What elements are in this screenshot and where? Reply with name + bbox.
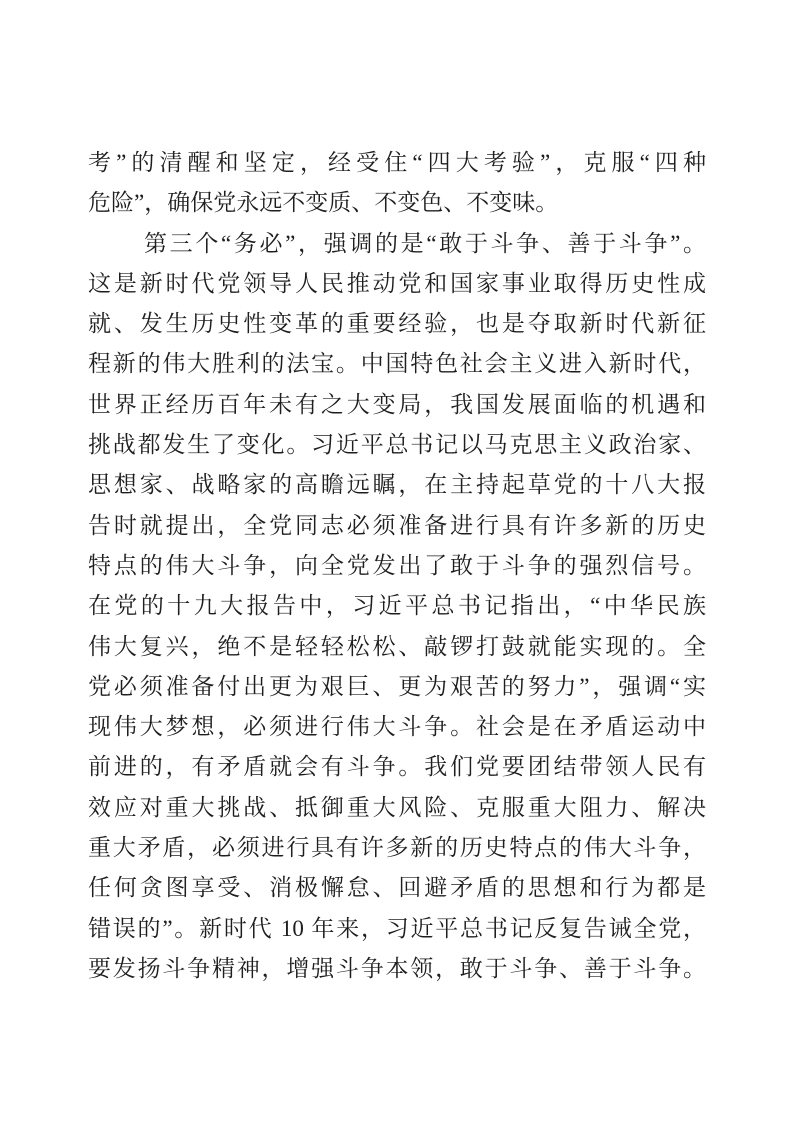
document-line: 程新的伟大胜利的法宝。中国特色社会主义进入新时代， bbox=[88, 344, 706, 384]
document-line: 要发扬斗争精神，增强斗争本领，敢于斗争、善于斗争。 bbox=[88, 949, 706, 989]
document-line: 就、发生历史性变革的重要经验，也是夺取新时代新征 bbox=[88, 304, 706, 344]
document-line: 危险”，确保党永远不变质、不变色、不变味。 bbox=[88, 183, 706, 223]
document-line: 告时就提出，全党同志必须准备进行具有许多新的历史 bbox=[88, 506, 706, 546]
document-line: 特点的伟大斗争，向全党发出了敢于斗争的强烈信号。 bbox=[88, 546, 706, 586]
document-line: 世界正经历百年未有之大变局，我国发展面临的机遇和 bbox=[88, 385, 706, 425]
document-line: 第三个“务必”，强调的是“敢于斗争、善于斗争”。 bbox=[88, 224, 706, 264]
document-line: 伟大复兴，绝不是轻轻松松、敲锣打鼓就能实现的。全 bbox=[88, 627, 706, 667]
document-line: 效应对重大挑战、抵御重大风险、克服重大阻力、解决 bbox=[88, 788, 706, 828]
document-line: 错误的”。新时代 10 年来，习近平总书记反复告诫全党， bbox=[88, 909, 706, 949]
document-line: 思想家、战略家的高瞻远瞩，在主持起草党的十八大报 bbox=[88, 465, 706, 505]
document-line: 这是新时代党领导人民推动党和国家事业取得历史性成 bbox=[88, 264, 706, 304]
document-line: 挑战都发生了变化。习近平总书记以马克思主义政治家、 bbox=[88, 425, 706, 465]
document-line: 党必须准备付出更为艰巨、更为艰苦的努力”，强调“实 bbox=[88, 667, 706, 707]
document-line: 任何贪图享受、消极懈怠、回避矛盾的思想和行为都是 bbox=[88, 868, 706, 908]
text-block: 考”的清醒和坚定，经受住“四大考验”，克服“四种危险”，确保党永远不变质、不变色… bbox=[88, 143, 706, 989]
document-line: 现伟大梦想，必须进行伟大斗争。社会是在矛盾运动中 bbox=[88, 707, 706, 747]
document-line: 在党的十九大报告中，习近平总书记指出，“中华民族 bbox=[88, 586, 706, 626]
document-line: 重大矛盾，必须进行具有许多新的历史特点的伟大斗争， bbox=[88, 828, 706, 868]
document-line: 前进的，有矛盾就会有斗争。我们党要团结带领人民有 bbox=[88, 747, 706, 787]
document-page: 考”的清醒和坚定，经受住“四大考验”，克服“四种危险”，确保党永远不变质、不变色… bbox=[0, 0, 793, 1122]
document-line: 考”的清醒和坚定，经受住“四大考验”，克服“四种 bbox=[88, 143, 706, 183]
